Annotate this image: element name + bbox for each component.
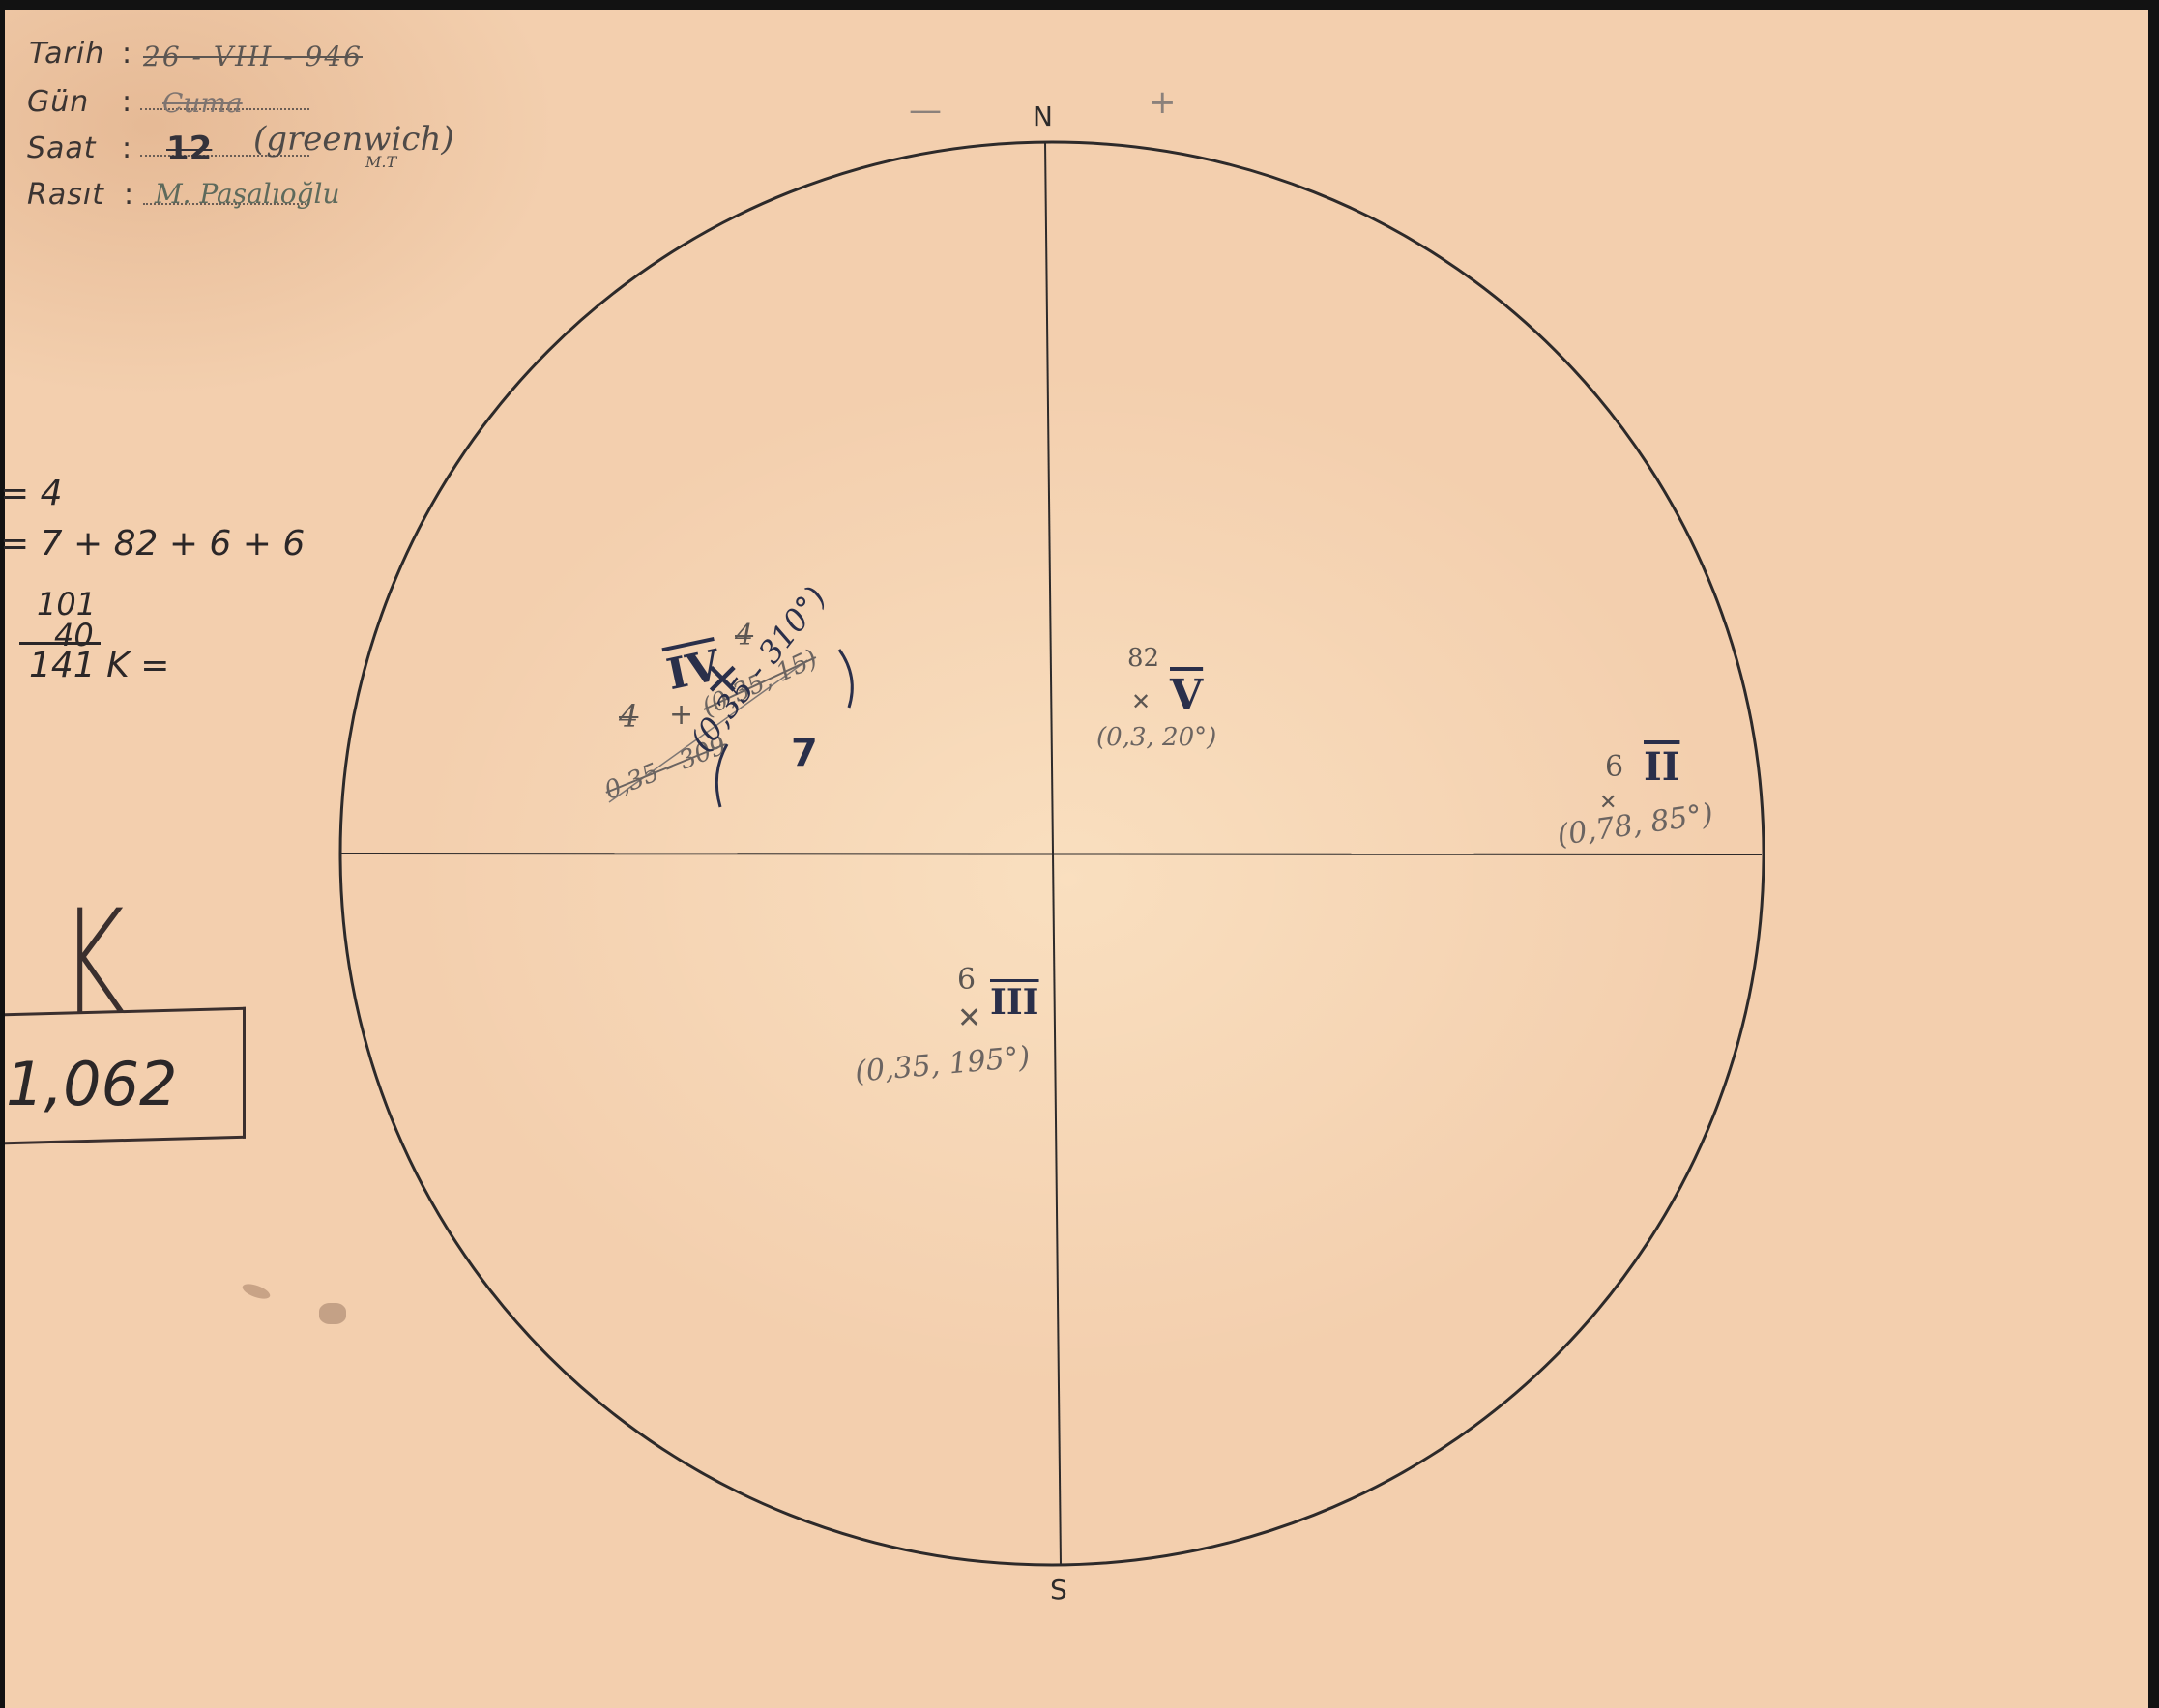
- group-iii-label: III: [990, 982, 1039, 1023]
- day-value: Cuma: [162, 87, 243, 119]
- time-colon: :: [122, 131, 131, 165]
- group-v-marker-x: ✕: [1131, 688, 1151, 715]
- bracket-right: [839, 650, 852, 708]
- date-value: 26 - VIII - 946: [143, 41, 363, 72]
- east-west-axis: [339, 854, 1762, 854]
- date-label: Tarih: [29, 37, 104, 71]
- calc-line-total: 141 K =: [29, 646, 169, 685]
- group-ii-label: II: [1644, 744, 1679, 790]
- observer-colon: :: [124, 178, 133, 212]
- group-iv-old-count: 4: [619, 698, 638, 735]
- observer-label: Rasıt: [27, 178, 104, 212]
- day-label: Gün: [27, 85, 89, 119]
- calc-line-groups: = 4: [0, 474, 63, 513]
- k-value: 1,062: [6, 1049, 178, 1119]
- solar-disk-diagram: [0, 0, 2159, 1708]
- plus-mark: +: [1149, 83, 1177, 122]
- group-iii-marker-x: ✕: [957, 1001, 981, 1035]
- group-v-coordinates: (0,3, 20°): [1096, 723, 1216, 752]
- group-v-label: V: [1170, 671, 1203, 720]
- south-label: S: [1050, 1574, 1067, 1606]
- observer-signature: M. Paşalıoğlu: [155, 178, 340, 210]
- paper-stain: [319, 1303, 346, 1324]
- date-colon: :: [122, 37, 131, 71]
- calc-line-spots: = 7 + 82 + 6 + 6: [0, 524, 305, 564]
- minus-mark: —: [909, 91, 942, 130]
- group-ii-count: 6: [1605, 750, 1623, 784]
- group-v-count: 82: [1127, 644, 1159, 673]
- north-label: N: [1033, 101, 1053, 132]
- time-note-sub: M.T: [365, 153, 396, 171]
- group-iv-count: 7: [791, 731, 818, 775]
- time-value: 12: [166, 130, 212, 168]
- calc-divider: [19, 642, 101, 645]
- time-label: Saat: [27, 131, 97, 165]
- day-colon: :: [122, 85, 131, 119]
- group-iii-count: 6: [957, 963, 976, 997]
- time-note: (greenwich): [253, 120, 454, 159]
